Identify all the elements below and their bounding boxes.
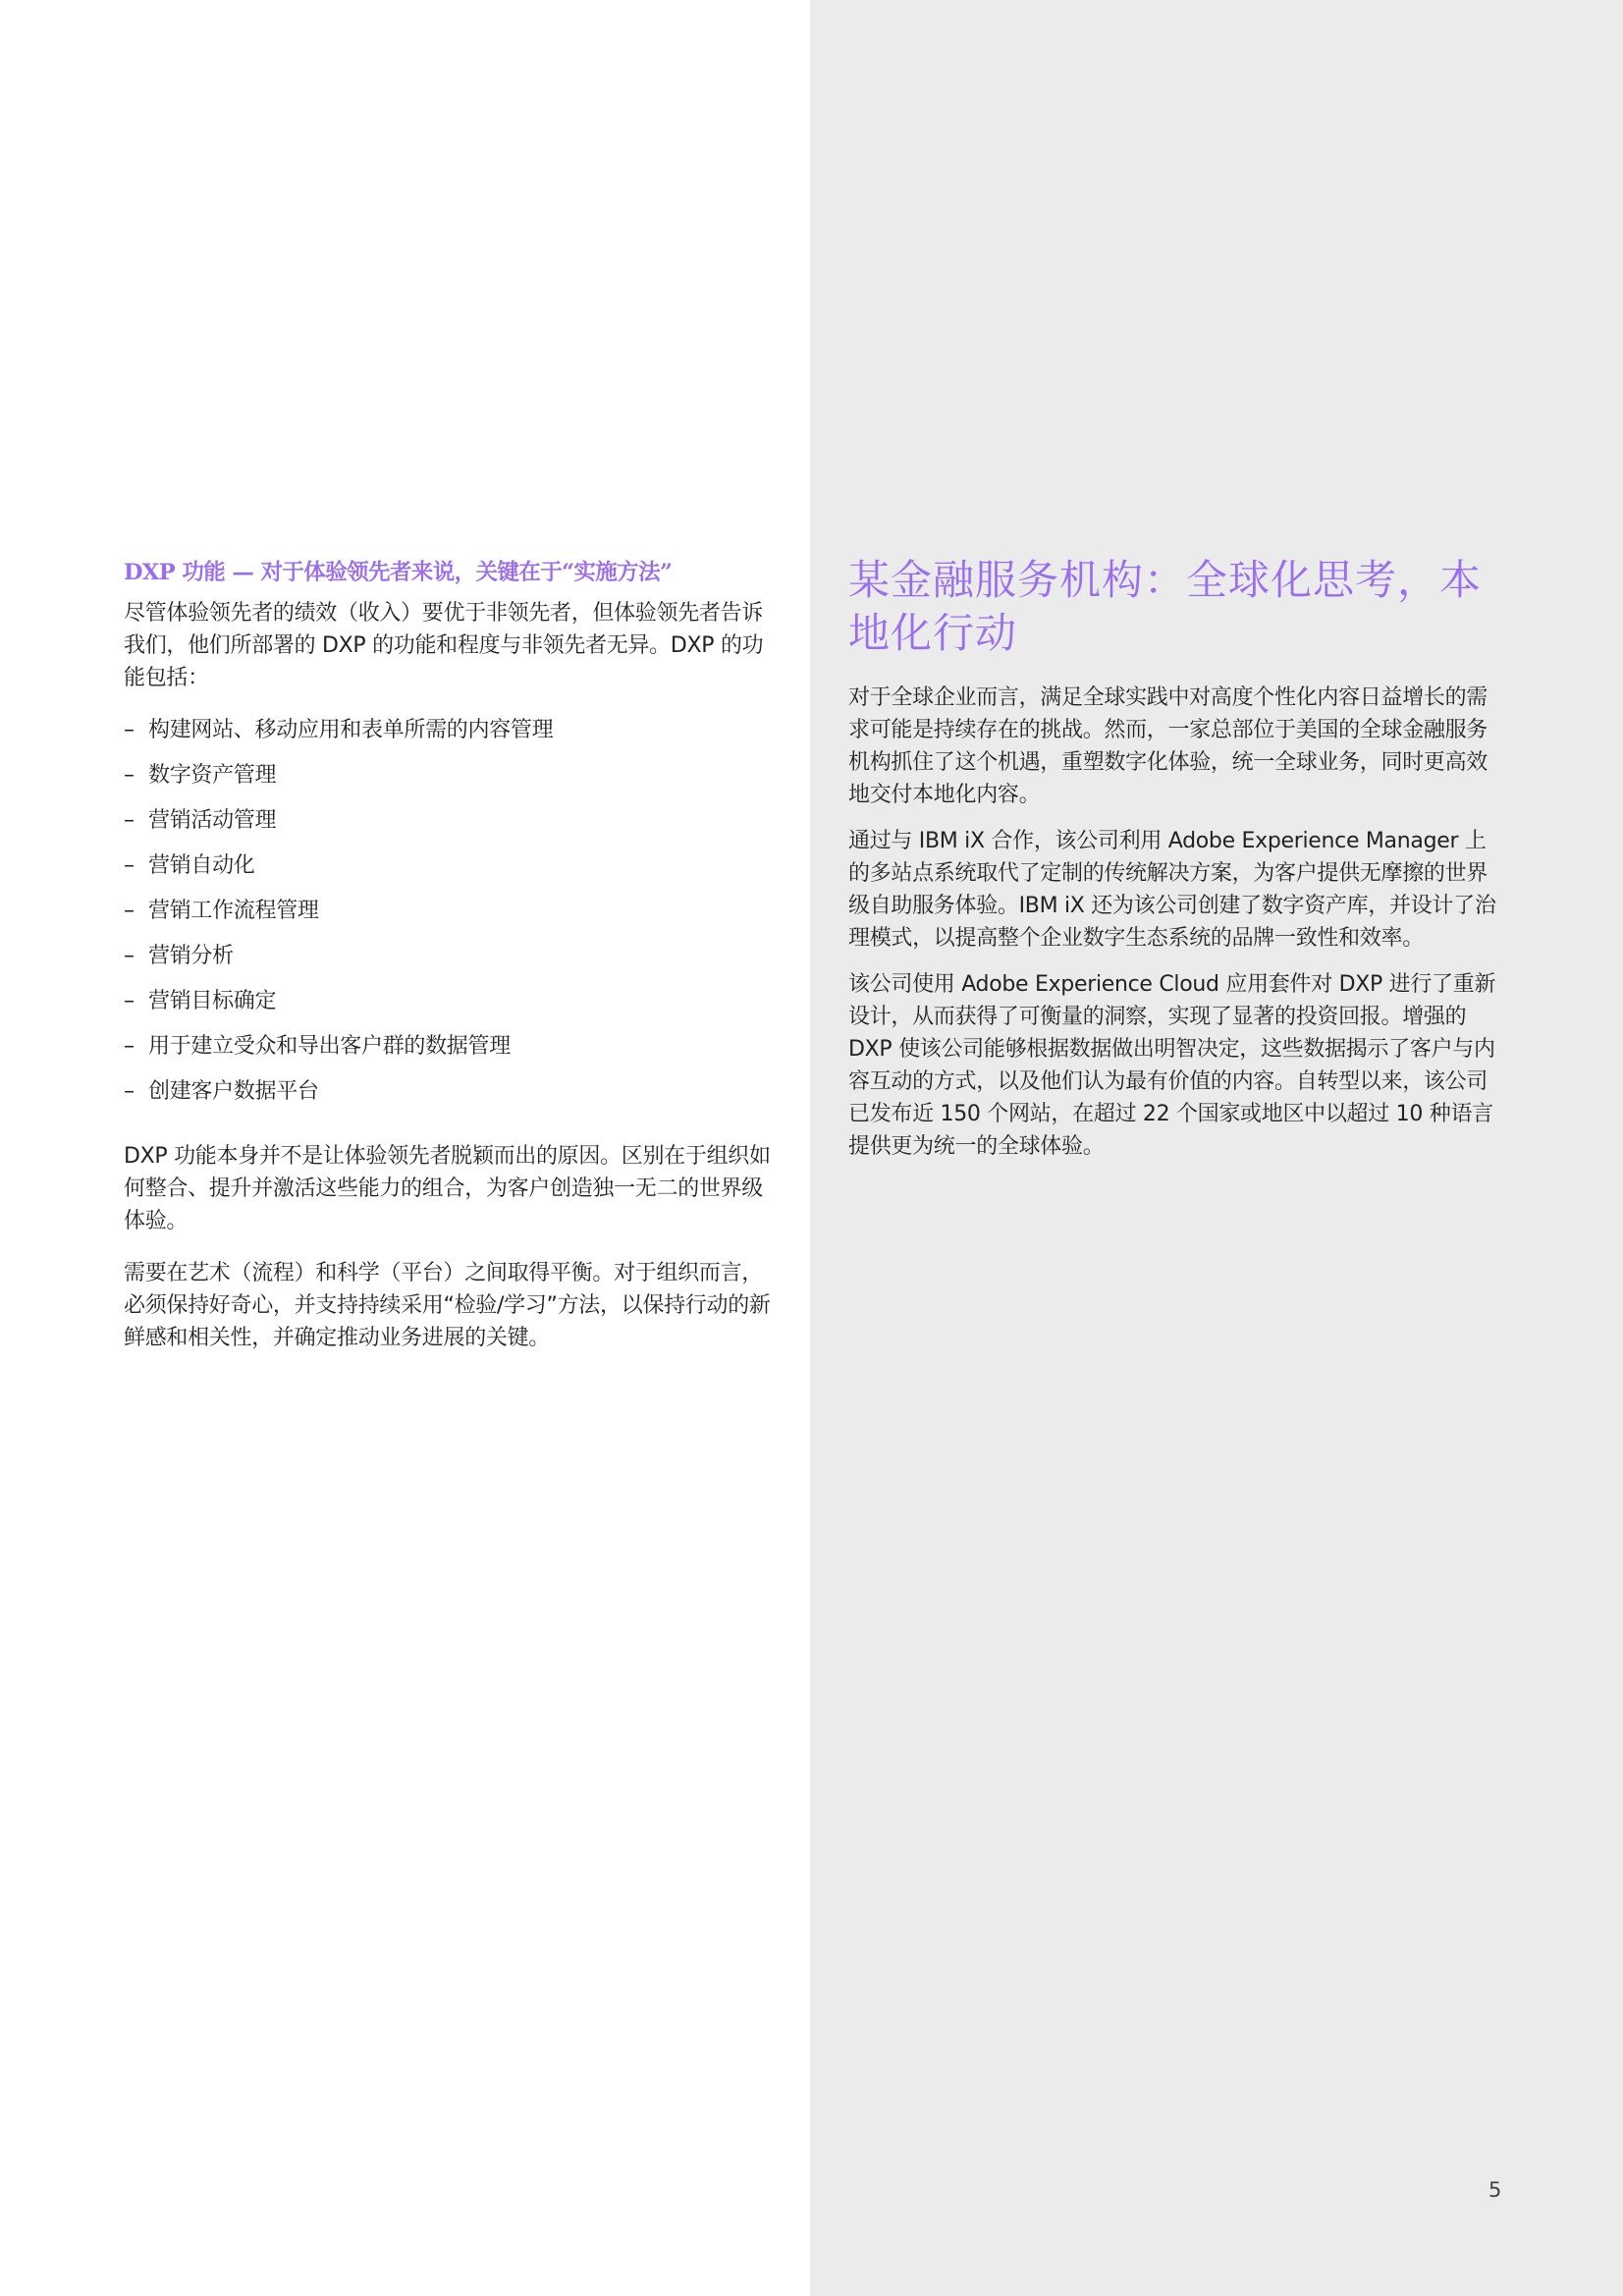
case-study-section: 某金融服务机构：全球化思考，本地化行动 对于全球企业而言，满足全球实践中对高度个… (848, 554, 1502, 1176)
dash-bullet-icon: – (124, 985, 148, 1018)
dxp-feature-list: – 构建网站、移动应用和表单所需的内容管理 – 数字资产管理 – 营销活动管理 … (124, 714, 780, 1121)
dash-bullet-icon: – (124, 714, 148, 747)
dxp-capabilities-section: DXP 功能 — 对于体验领先者来说，关键在于“实施方法” 尽管体验领先者的绩效… (124, 556, 780, 1368)
list-item-text: 营销分析 (148, 940, 234, 973)
list-item: – 营销自动化 (124, 849, 780, 895)
balance-paragraph: 需要在艺术（流程）和科学（平台）之间取得平衡。对于组织而言，必须保持好奇心，并支… (124, 1257, 780, 1354)
case-study-paragraph: 该公司使用 Adobe Experience Cloud 应用套件对 DXP 进… (848, 968, 1502, 1163)
list-item-text: 用于建立受众和导出客户群的数据管理 (148, 1030, 511, 1064)
list-item-text: 营销目标确定 (148, 985, 276, 1018)
list-item: – 数字资产管理 (124, 759, 780, 804)
dash-bullet-icon: – (124, 759, 148, 793)
dash-bullet-icon: – (124, 849, 148, 883)
list-item-text: 创建客户数据平台 (148, 1075, 319, 1109)
list-item: – 营销目标确定 (124, 985, 780, 1030)
case-study-paragraph: 通过与 IBM iX 合作，该公司利用 Adobe Experience Man… (848, 825, 1502, 955)
dash-bullet-icon: – (124, 940, 148, 973)
list-item: – 创建客户数据平台 (124, 1075, 780, 1121)
list-item: – 营销工作流程管理 (124, 895, 780, 940)
case-study-heading: 某金融服务机构：全球化思考，本地化行动 (848, 554, 1502, 660)
case-study-paragraph: 对于全球企业而言，满足全球实践中对高度个性化内容日益增长的需求可能是持续存在的挑… (848, 682, 1502, 811)
dash-bullet-icon: – (124, 1075, 148, 1109)
differentiation-paragraph: DXP 功能本身并不是让体验领先者脱颖而出的原因。区别在于组织如何整合、提升并激… (124, 1140, 780, 1237)
list-item: – 构建网站、移动应用和表单所需的内容管理 (124, 714, 780, 759)
dash-bullet-icon: – (124, 804, 148, 838)
list-item-text: 营销活动管理 (148, 804, 276, 838)
intro-paragraph: 尽管体验领先者的绩效（收入）要优于非领先者，但体验领先者告诉我们，他们所部署的 … (124, 597, 780, 694)
section-heading: DXP 功能 — 对于体验领先者来说，关键在于“实施方法” (124, 556, 780, 589)
list-item-text: 营销自动化 (148, 849, 255, 883)
list-item-text: 构建网站、移动应用和表单所需的内容管理 (148, 714, 553, 747)
list-item: – 营销分析 (124, 940, 780, 985)
list-item: – 营销活动管理 (124, 804, 780, 849)
document-page: DXP 功能 — 对于体验领先者来说，关键在于“实施方法” 尽管体验领先者的绩效… (0, 0, 1623, 2296)
dash-bullet-icon: – (124, 895, 148, 928)
dash-bullet-icon: – (124, 1030, 148, 1064)
list-item-text: 数字资产管理 (148, 759, 276, 793)
page-number: 5 (1488, 2178, 1501, 2202)
list-item: – 用于建立受众和导出客户群的数据管理 (124, 1030, 780, 1075)
list-item-text: 营销工作流程管理 (148, 895, 319, 928)
